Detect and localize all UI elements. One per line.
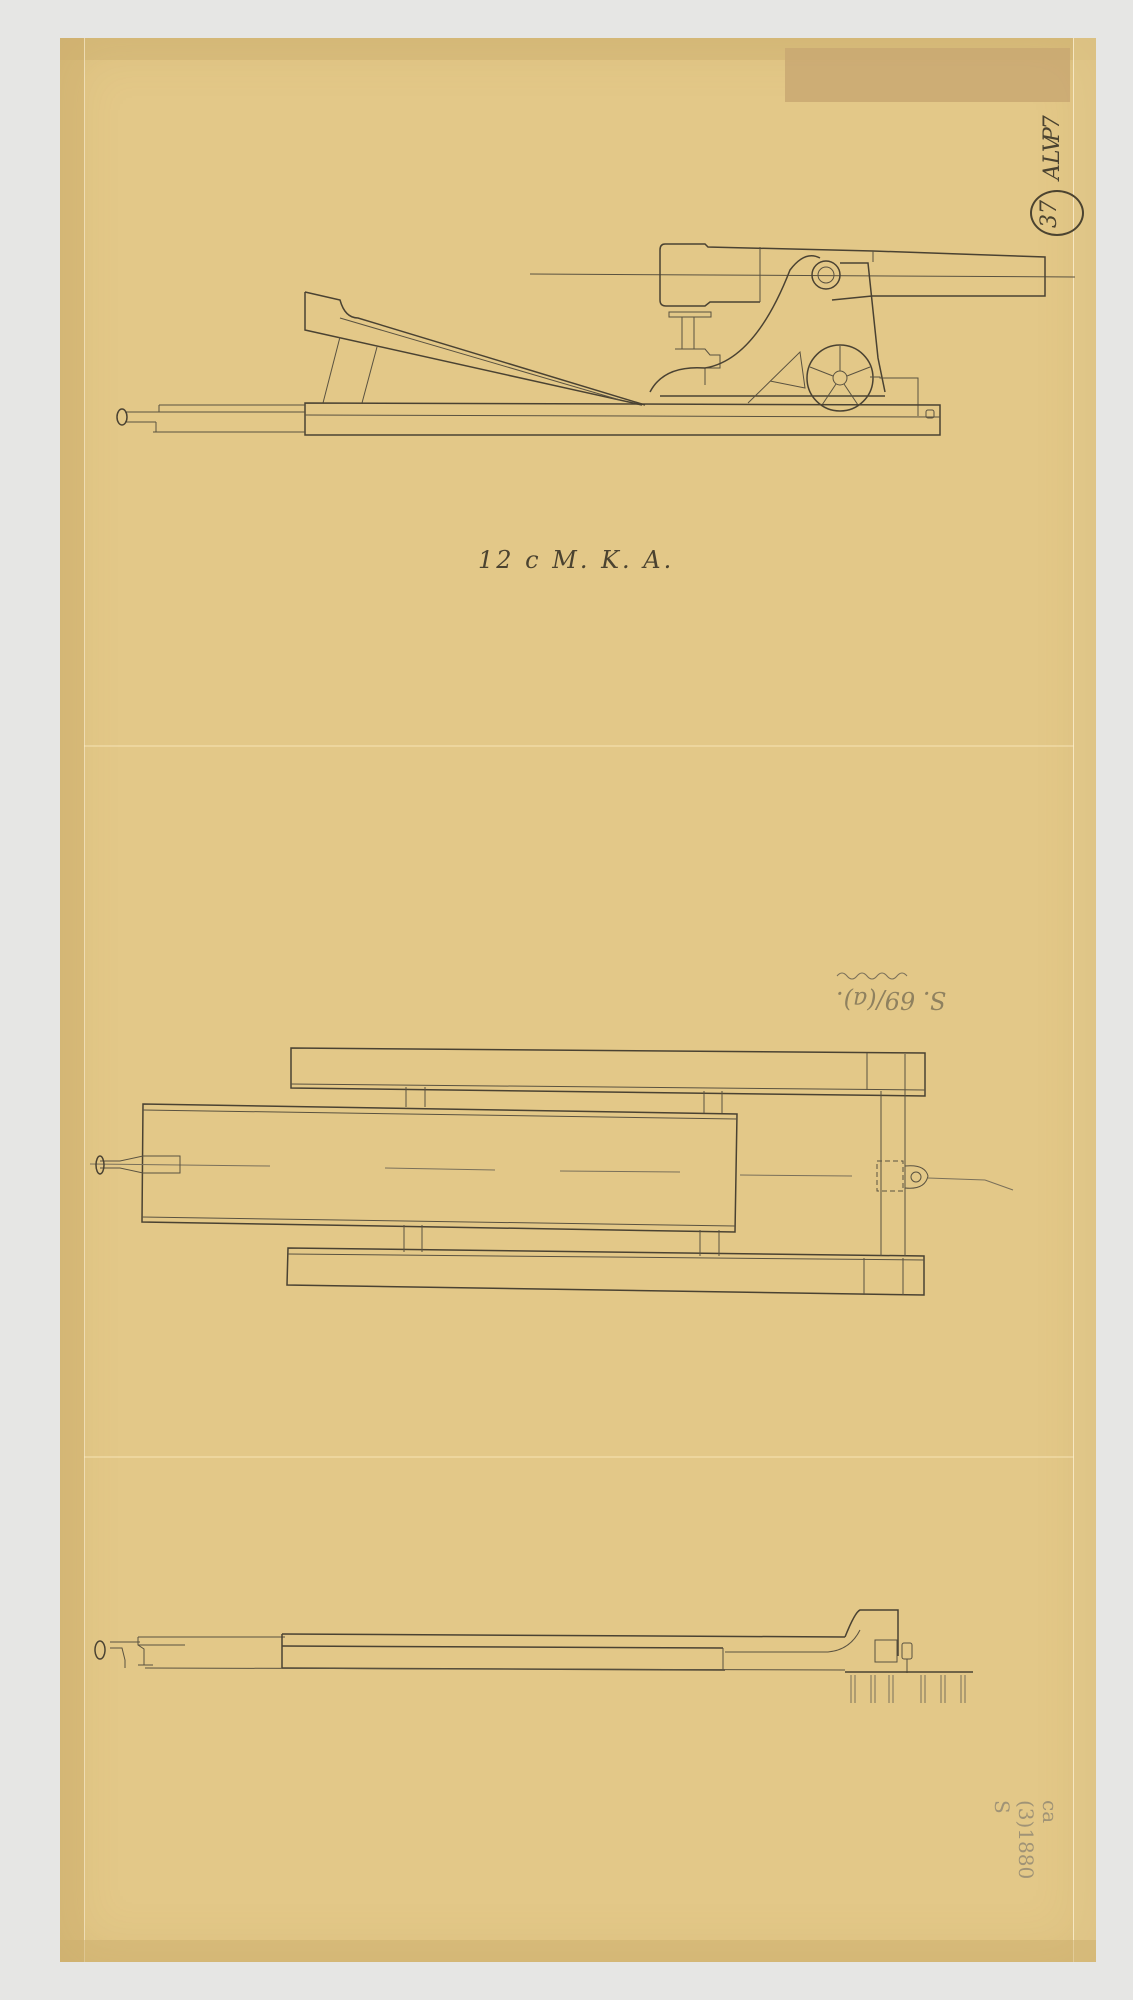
chassis-base [305,403,940,435]
plan-view [90,1048,1013,1295]
plan-pivot-lug [905,1166,928,1189]
section-top-rail [138,1637,285,1645]
bore-axis-line [530,274,1075,277]
section-pivot-knob [95,1641,105,1659]
section-rail-top [282,1634,845,1637]
technical-drawing [0,0,1133,2000]
pivot-knob [117,409,127,425]
front-extension [153,405,305,432]
plan-slide [142,1104,737,1232]
slide-rail-top [305,292,645,405]
slide-support-rear [362,347,377,403]
trunnion-ring [812,261,840,289]
section-rail-mid [282,1646,723,1648]
plan-pivot-hole [911,1172,921,1182]
section-anchor-pegs [851,1675,965,1703]
carriage-cheek-front [650,256,820,392]
wheel-hub [833,371,847,385]
side-section-view [95,1610,973,1703]
section-pivot-bolt [902,1643,912,1659]
pivot-bar [125,412,159,422]
slide-support-front [323,337,340,403]
plan-pivot-knob [96,1156,104,1174]
elevating-wheel [669,312,711,317]
side-elevation-view [117,244,1075,435]
elevating-screw [682,317,694,349]
gun-barrel [665,244,1045,300]
section-pivot-block [875,1640,897,1662]
plan-rear-frame [881,1091,905,1256]
section-rear-upright [845,1610,898,1656]
carriage-cheek-rear [840,263,885,392]
trunnion-pin [818,267,834,283]
